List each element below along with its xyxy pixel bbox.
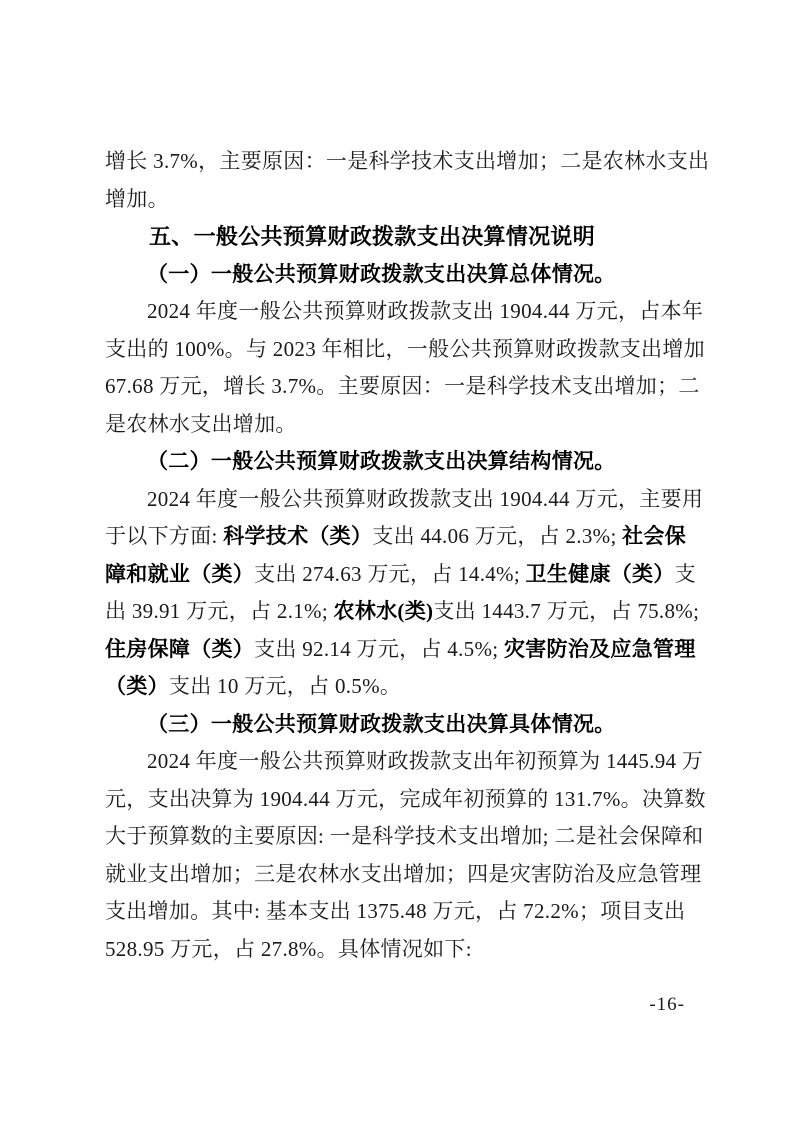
text-run: 出 39.91 万元，占 2.1%; — [105, 599, 334, 623]
text-line: 增长 3.7%，主要原因：一是科学技术支出增加；二是农林水支出 — [105, 143, 691, 181]
text-line: 出 39.91 万元，占 2.1%; 农林水(类)支出 1443.7 万元，占 … — [105, 593, 691, 631]
document-text-block: 增长 3.7%，主要原因：一是科学技术支出增加；二是农林水支出增加。五、一般公共… — [105, 143, 691, 968]
text-line: 是农林水支出增加。 — [105, 406, 691, 444]
text-run: 支出 1443.7 万元，占 75.8%; — [433, 599, 699, 623]
text-run: 是农林水支出增加。 — [105, 412, 297, 436]
text-line: （类）支出 10 万元，占 0.5%。 — [105, 668, 691, 706]
text-line: 2024 年度一般公共预算财政拨款支出年初预算为 1445.94 万 — [105, 743, 691, 781]
text-run: 大于预算数的主要原因: 一是科学技术支出增加; 二是社会保障和 — [105, 824, 703, 848]
text-line: 528.95 万元，占 27.8%。具体情况如下: — [105, 931, 691, 969]
text-line: 67.68 万元，增长 3.7%。主要原因：一是科学技术支出增加；二 — [105, 368, 691, 406]
text-run: 社会保 — [622, 524, 686, 548]
text-run: 2024 年度一般公共预算财政拨款支出 1904.44 万元，占本年 — [147, 299, 703, 323]
section-heading: 五、一般公共预算财政拨款支出决算情况说明 — [105, 218, 691, 256]
text-line: 元，支出决算为 1904.44 万元，完成年初预算的 131.7%。决算数 — [105, 781, 691, 819]
text-run: 2024 年度一般公共预算财政拨款支出 1904.44 万元，主要用 — [147, 487, 703, 511]
text-run: 2024 年度一般公共预算财政拨款支出年初预算为 1445.94 万 — [147, 749, 703, 773]
text-run: 就业支出增加；三是农林水支出增加；四是灾害防治及应急管理 — [105, 862, 701, 886]
text-run: 支出 44.06 万元，占 2.3%; — [372, 524, 622, 548]
text-run: 障和就业（类） — [105, 562, 254, 586]
text-run: 灾害防治及应急管理 — [504, 637, 696, 661]
text-run: 卫生健康（类） — [526, 562, 675, 586]
page-number: -16- — [649, 990, 685, 1020]
text-run: 增长 3.7%，主要原因：一是科学技术支出增加；二是农林水支出 — [105, 149, 709, 173]
text-run: 支 — [675, 562, 696, 586]
text-run: 支出 10 万元，占 0.5%。 — [169, 674, 401, 698]
text-run: 于以下方面: — [105, 524, 223, 548]
text-run: 支出 92.14 万元，占 4.5%; — [254, 637, 504, 661]
text-line: 住房保障（类）支出 92.14 万元，占 4.5%; 灾害防治及应急管理 — [105, 631, 691, 669]
text-line: 支出的 100%。与 2023 年相比，一般公共预算财政拨款支出增加 — [105, 331, 691, 369]
text-run: 支出 274.63 万元，占 14.4%; — [254, 562, 525, 586]
text-line: 2024 年度一般公共预算财政拨款支出 1904.44 万元，主要用 — [105, 481, 691, 519]
text-run: 528.95 万元，占 27.8%。具体情况如下: — [105, 937, 472, 961]
subsection-heading: （二）一般公共预算财政拨款支出决算结构情况。 — [105, 443, 691, 481]
text-run: 住房保障（类） — [105, 637, 254, 661]
text-run: 农林水(类) — [334, 599, 434, 623]
text-run: （三）一般公共预算财政拨款支出决算具体情况。 — [147, 712, 616, 736]
text-run: 支出增加。其中: 基本支出 1375.48 万元，占 72.2%；项目支出 — [105, 899, 685, 923]
text-line: 于以下方面: 科学技术（类）支出 44.06 万元，占 2.3%; 社会保 — [105, 518, 691, 556]
text-run: 增加。 — [105, 187, 169, 211]
text-line: 大于预算数的主要原因: 一是科学技术支出增加; 二是社会保障和 — [105, 818, 691, 856]
text-run: 67.68 万元，增长 3.7%。主要原因：一是科学技术支出增加；二 — [105, 374, 700, 398]
text-run: 元，支出决算为 1904.44 万元，完成年初预算的 131.7%。决算数 — [105, 787, 706, 811]
subsection-heading: （三）一般公共预算财政拨款支出决算具体情况。 — [105, 706, 691, 744]
text-run: （类） — [105, 674, 169, 698]
text-line: 增加。 — [105, 181, 691, 219]
text-line: 就业支出增加；三是农林水支出增加；四是灾害防治及应急管理 — [105, 856, 691, 894]
text-line: 2024 年度一般公共预算财政拨款支出 1904.44 万元，占本年 — [105, 293, 691, 331]
text-run: （二）一般公共预算财政拨款支出决算结构情况。 — [147, 449, 616, 473]
text-run: 科学技术（类） — [223, 524, 372, 548]
text-run: 五、一般公共预算财政拨款支出决算情况说明 — [149, 224, 595, 249]
document-page: 增长 3.7%，主要原因：一是科学技术支出增加；二是农林水支出增加。五、一般公共… — [0, 0, 793, 1122]
text-run: 支出的 100%。与 2023 年相比，一般公共预算财政拨款支出增加 — [105, 337, 705, 361]
text-line: 支出增加。其中: 基本支出 1375.48 万元，占 72.2%；项目支出 — [105, 893, 691, 931]
text-line: 障和就业（类）支出 274.63 万元，占 14.4%; 卫生健康（类）支 — [105, 556, 691, 594]
text-run: （一）一般公共预算财政拨款支出决算总体情况。 — [147, 262, 616, 286]
subsection-heading: （一）一般公共预算财政拨款支出决算总体情况。 — [105, 256, 691, 294]
